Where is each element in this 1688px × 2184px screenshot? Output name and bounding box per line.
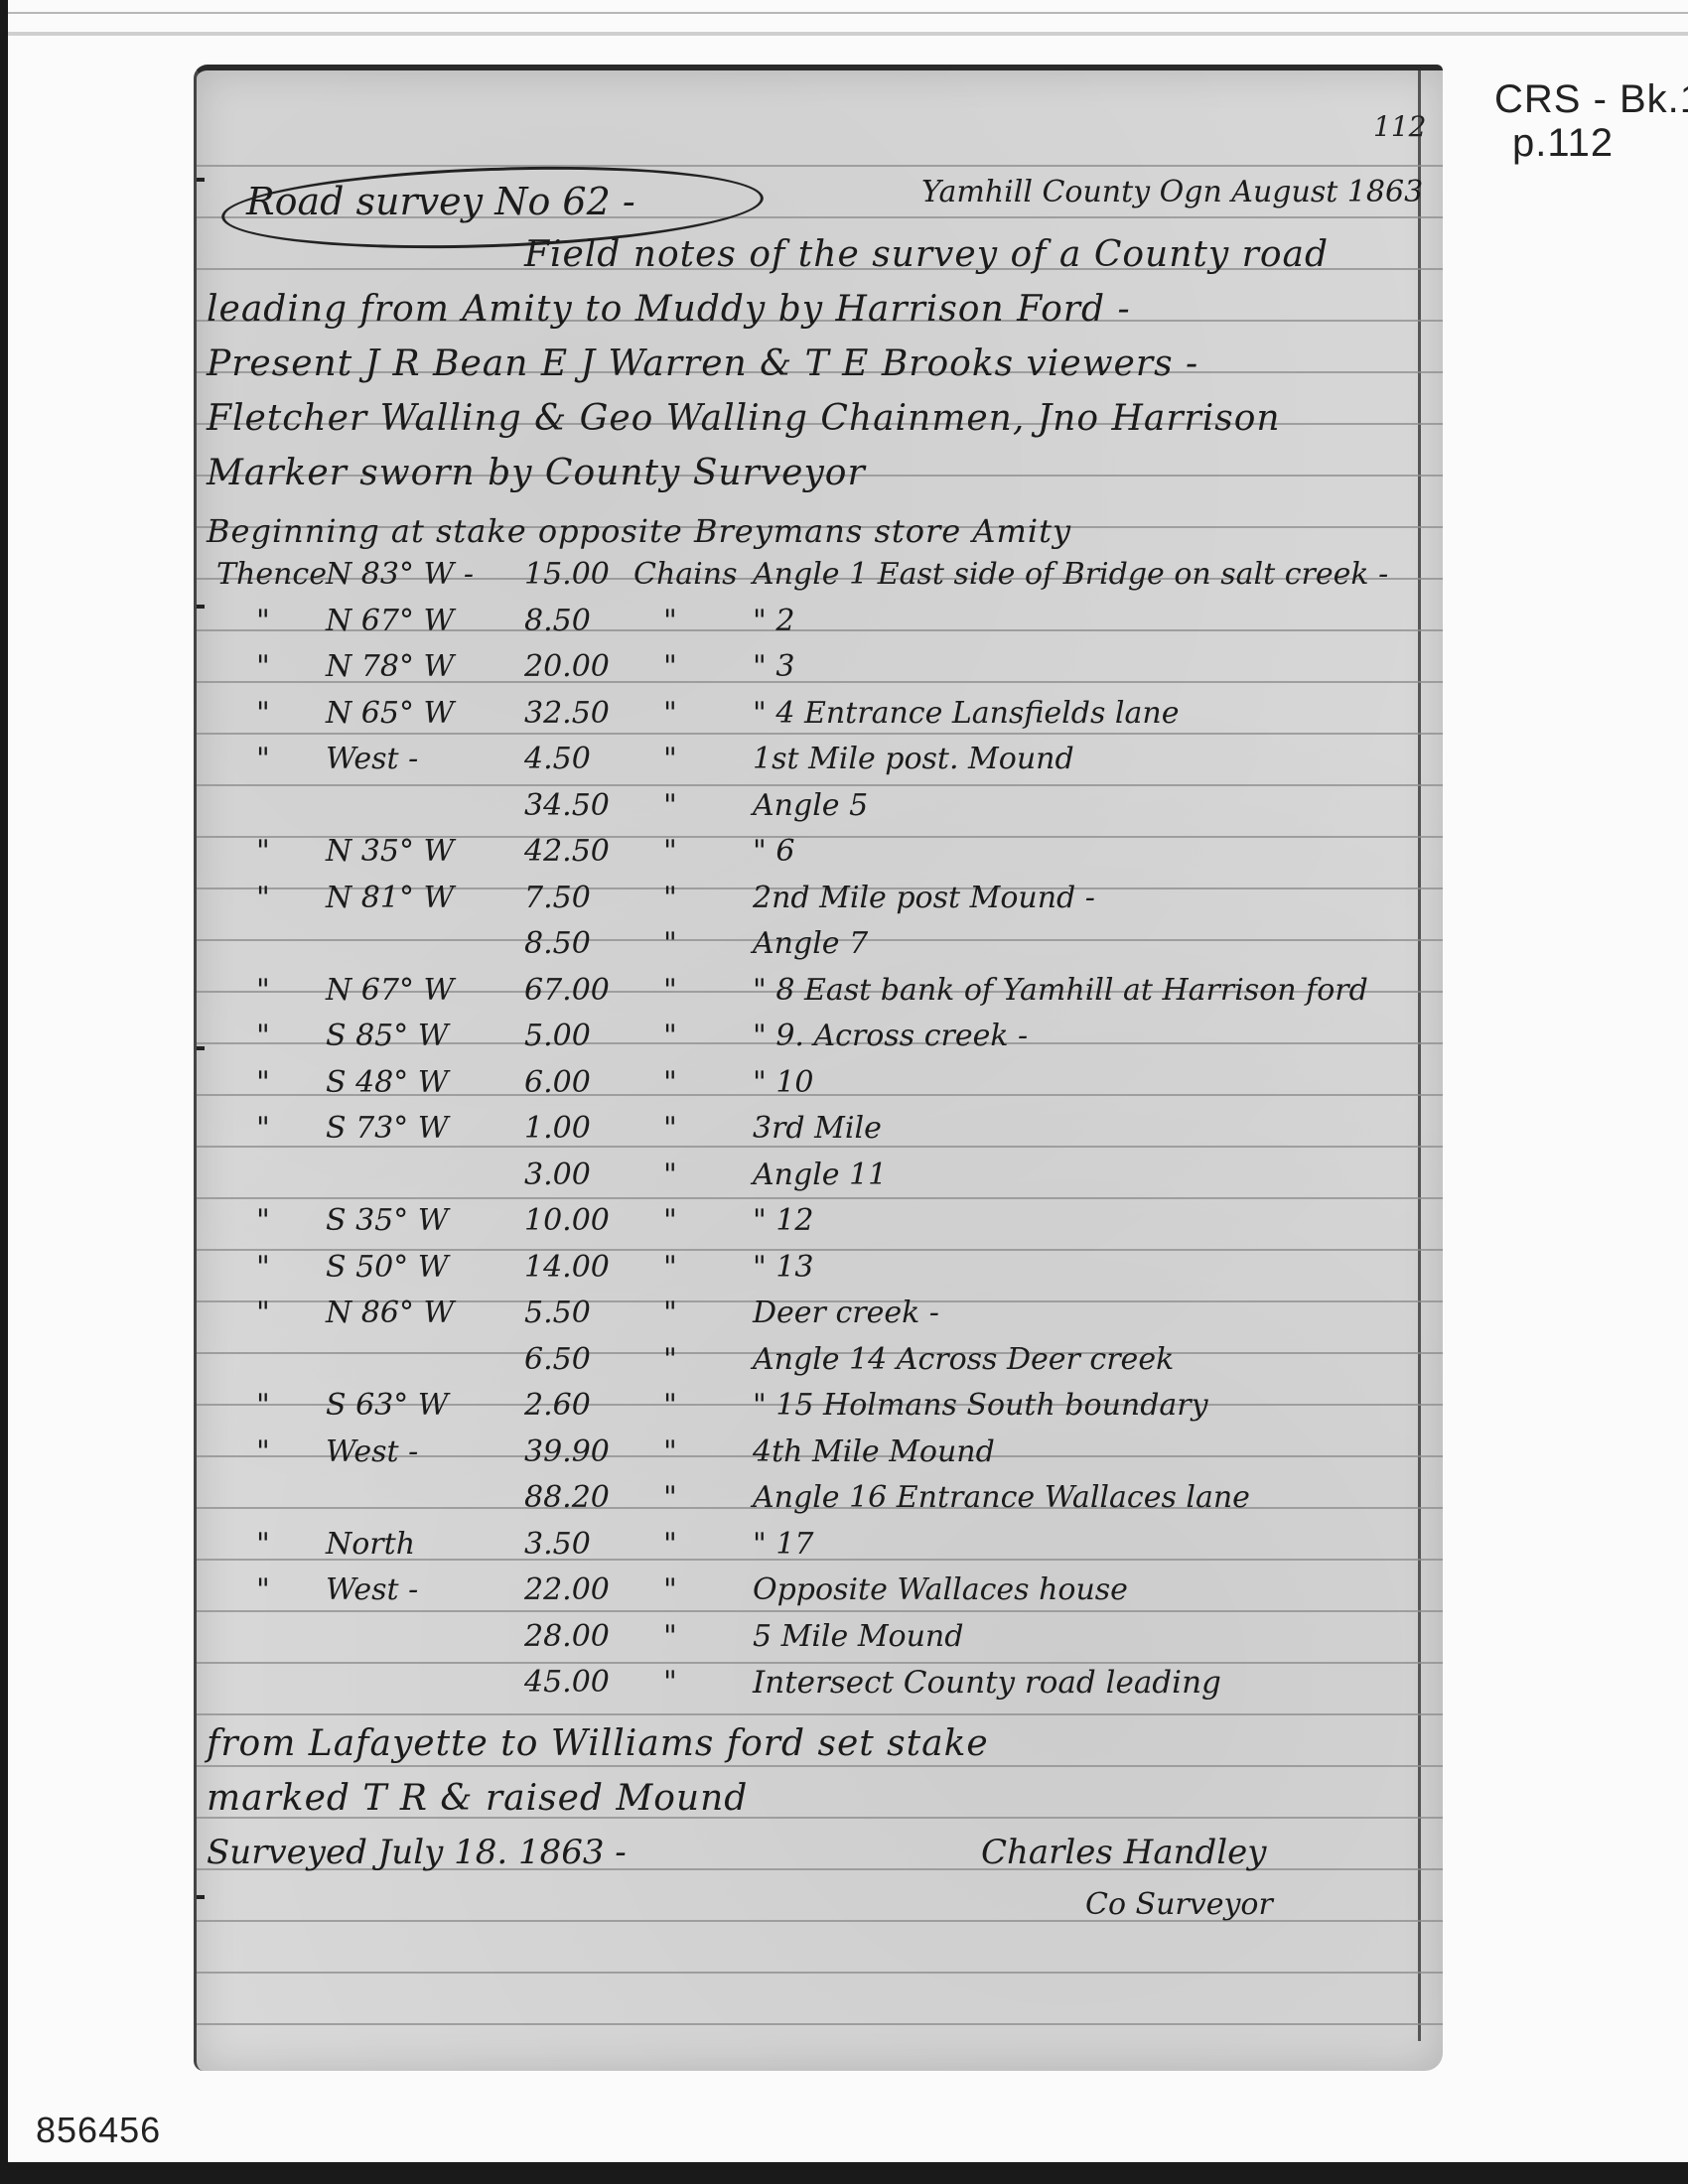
row-distance: 22.00 [524, 1572, 610, 1607]
row-note: 5 Mile Mound [753, 1619, 963, 1654]
survey-row: "S 73° W1.00"3rd Mile [197, 1111, 1418, 1151]
row-distance: 32.50 [524, 696, 610, 731]
row-bearing: North [326, 1527, 415, 1562]
row-lead: " [256, 973, 270, 1008]
survey-row: "North3.50"" 17 [197, 1527, 1418, 1567]
row-distance: 67.00 [524, 973, 610, 1008]
row-note: Angle 11 [753, 1158, 887, 1192]
row-note: 1st Mile post. Mound [753, 742, 1074, 776]
scan-bottom-edge [0, 2162, 1688, 2184]
row-unit: " [663, 1480, 677, 1515]
row-note: " 2 [753, 604, 794, 638]
row-distance: 6.50 [524, 1342, 591, 1377]
row-distance: 20.00 [524, 649, 610, 684]
row-bearing: West - [326, 742, 418, 776]
row-distance: 2.60 [524, 1388, 591, 1423]
margin-mark [195, 178, 205, 182]
survey-row: "West -39.90"4th Mile Mound [197, 1434, 1418, 1474]
row-distance: 5.00 [524, 1019, 591, 1053]
row-unit: " [663, 926, 677, 961]
row-distance: 39.90 [524, 1434, 610, 1469]
row-bearing: S 35° W [326, 1203, 449, 1238]
row-note: " 9. Across creek - [753, 1019, 1028, 1053]
scan-artifact-band [0, 32, 1688, 36]
row-note: " 4 Entrance Lansfields lane [753, 696, 1179, 731]
rule-line [197, 1662, 1443, 1664]
rule-line [197, 165, 1443, 167]
row-unit: " [663, 834, 677, 869]
survey-row: 8.50"Angle 7 [197, 926, 1418, 966]
row-bearing: N 81° W [326, 881, 454, 915]
row-distance: 3.00 [524, 1158, 591, 1192]
row-unit: " [663, 649, 677, 684]
surveyor-signature: Charles Handley [981, 1833, 1266, 1872]
row-unit: " [663, 1527, 677, 1562]
row-unit: " [663, 881, 677, 915]
row-unit: " [663, 973, 677, 1008]
row-unit: " [663, 1019, 677, 1053]
row-distance: 45.00 [524, 1665, 610, 1700]
row-unit: " [663, 742, 677, 776]
row-lead: " [256, 1065, 270, 1100]
row-lead: " [256, 604, 270, 638]
row-bearing: N 65° W [326, 696, 454, 731]
batch-number: 856456 [36, 2110, 161, 2151]
survey-row: "N 78° W20.00"" 3 [197, 649, 1418, 689]
row-unit: Chains [633, 557, 737, 592]
scan-artifact-line [0, 12, 1688, 14]
row-unit: " [663, 604, 677, 638]
row-bearing: West - [326, 1572, 418, 1607]
catalog-annotation: CRS - Bk.1 p.112 [1494, 77, 1688, 165]
survey-row: "N 67° W8.50"" 2 [197, 604, 1418, 643]
ledger-page: 112 Road survey No 62 - Yamhill County O… [194, 65, 1443, 2071]
row-note: Angle 7 [753, 926, 868, 961]
row-unit: " [663, 1572, 677, 1607]
row-note: 2nd Mile post Mound - [753, 881, 1095, 915]
row-note: Angle 16 Entrance Wallaces lane [753, 1480, 1250, 1515]
row-note: Deer creek - [753, 1296, 939, 1330]
surveyor-title: Co Surveyor [1085, 1887, 1273, 1922]
row-unit: " [663, 1065, 677, 1100]
row-lead: " [256, 1203, 270, 1238]
row-distance: 14.00 [524, 1250, 610, 1285]
row-bearing: N 67° W [326, 604, 454, 638]
row-lead: " [256, 649, 270, 684]
row-note: " 13 [753, 1250, 814, 1285]
page-number: 112 [1373, 110, 1426, 143]
surveyed-date: Surveyed July 18. 1863 - [207, 1833, 627, 1872]
survey-row: "S 63° W2.60"" 15 Holmans South boundary [197, 1388, 1418, 1428]
row-unit: " [663, 1619, 677, 1654]
row-bearing: S 85° W [326, 1019, 449, 1053]
row-bearing: N 86° W [326, 1296, 454, 1330]
survey-row: "N 81° W7.50"2nd Mile post Mound - [197, 881, 1418, 920]
intro-line: Field notes of the survey of a County ro… [524, 234, 1329, 275]
row-distance: 3.50 [524, 1527, 591, 1562]
row-lead: " [256, 1388, 270, 1423]
survey-title: Road survey No 62 - [246, 180, 635, 223]
row-unit: " [663, 1434, 677, 1469]
row-note: " 12 [753, 1203, 814, 1238]
intro-line: Present J R Bean E J Warren & T E Brooks… [207, 343, 1198, 384]
row-lead: " [256, 1527, 270, 1562]
margin-mark [195, 1046, 205, 1050]
row-lead: " [256, 834, 270, 869]
rule-line [197, 2023, 1443, 2025]
place-date: Yamhill County Ogn August 1863 [921, 175, 1423, 209]
row-distance: 4.50 [524, 742, 591, 776]
intro-line: Beginning at stake opposite Breymans sto… [207, 512, 1071, 550]
row-lead: " [256, 1296, 270, 1330]
rule-line [197, 1765, 1443, 1767]
row-bearing: S 50° W [326, 1250, 449, 1285]
catalog-page-ref: p.112 [1494, 121, 1688, 165]
margin-mark [195, 605, 205, 609]
row-lead: " [256, 1434, 270, 1469]
survey-row: ThenceN 83° W -15.00ChainsAngle 1 East s… [197, 557, 1418, 597]
row-unit: " [663, 1388, 677, 1423]
row-bearing: S 48° W [326, 1065, 449, 1100]
survey-row: 3.00"Angle 11 [197, 1158, 1418, 1197]
margin-mark [195, 1895, 205, 1899]
row-note: 4th Mile Mound [753, 1434, 995, 1469]
row-note: " 6 [753, 834, 794, 869]
row-distance: 42.50 [524, 834, 610, 869]
row-lead: " [256, 1111, 270, 1146]
row-distance: 5.50 [524, 1296, 591, 1330]
row-bearing: S 63° W [326, 1388, 449, 1423]
survey-row: "S 85° W5.00"" 9. Across creek - [197, 1019, 1418, 1058]
row-lead: Thence [216, 557, 327, 592]
row-unit: " [663, 1342, 677, 1377]
survey-row: 6.50"Angle 14 Across Deer creek [197, 1342, 1418, 1382]
closing-line: from Lafayette to Williams ford set stak… [207, 1723, 989, 1764]
survey-row: "N 67° W67.00"" 8 East bank of Yamhill a… [197, 973, 1418, 1013]
row-unit: " [663, 1111, 677, 1146]
intro-line: leading from Amity to Muddy by Harrison … [207, 289, 1131, 330]
row-bearing: West - [326, 1434, 418, 1469]
row-note: " 3 [753, 649, 794, 684]
row-bearing: N 83° W - [326, 557, 474, 592]
scan-left-edge [0, 0, 8, 2184]
survey-row: "West -4.50"1st Mile post. Mound [197, 742, 1418, 781]
survey-row: 34.50"Angle 5 [197, 788, 1418, 828]
row-distance: 34.50 [524, 788, 610, 823]
rule-line [197, 1972, 1443, 1974]
survey-row: 88.20"Angle 16 Entrance Wallaces lane [197, 1480, 1418, 1520]
row-distance: 1.00 [524, 1111, 591, 1146]
row-distance: 7.50 [524, 881, 591, 915]
row-distance: 10.00 [524, 1203, 610, 1238]
row-note: Intersect County road leading [753, 1665, 1221, 1701]
survey-row: "S 35° W10.00"" 12 [197, 1203, 1418, 1243]
row-unit: " [663, 788, 677, 823]
survey-row: "N 65° W32.50"" 4 Entrance Lansfields la… [197, 696, 1418, 736]
closing-line: marked T R & raised Mound [207, 1778, 748, 1819]
row-distance: 88.20 [524, 1480, 610, 1515]
row-note: 3rd Mile [753, 1111, 882, 1146]
row-note: " 15 Holmans South boundary [753, 1388, 1208, 1423]
row-lead: " [256, 1250, 270, 1285]
row-bearing: N 67° W [326, 973, 454, 1008]
margin-rule [1418, 70, 1421, 2041]
rule-line [197, 784, 1443, 786]
row-lead: " [256, 881, 270, 915]
row-note: Angle 14 Across Deer creek [753, 1342, 1174, 1377]
survey-row: "N 86° W5.50"Deer creek - [197, 1296, 1418, 1335]
survey-row: "S 48° W6.00"" 10 [197, 1065, 1418, 1105]
rule-line [197, 1713, 1443, 1715]
row-unit: " [663, 1665, 677, 1700]
row-note: Angle 5 [753, 788, 868, 823]
row-lead: " [256, 696, 270, 731]
row-distance: 8.50 [524, 926, 591, 961]
row-bearing: N 35° W [326, 834, 454, 869]
intro-line: Fletcher Walling & Geo Walling Chainmen,… [207, 398, 1281, 439]
survey-row: "West -22.00"Opposite Wallaces house [197, 1572, 1418, 1612]
row-bearing: S 73° W [326, 1111, 449, 1146]
survey-row: 28.00"5 Mile Mound [197, 1619, 1418, 1659]
row-note: " 10 [753, 1065, 814, 1100]
row-unit: " [663, 1158, 677, 1192]
row-note: Angle 1 East side of Bridge on salt cree… [753, 557, 1388, 592]
row-distance: 15.00 [524, 557, 610, 592]
row-unit: " [663, 1296, 677, 1330]
survey-row: "S 50° W14.00"" 13 [197, 1250, 1418, 1290]
row-lead: " [256, 742, 270, 776]
row-note: Opposite Wallaces house [753, 1572, 1128, 1607]
row-distance: 6.00 [524, 1065, 591, 1100]
rule-line [197, 1197, 1443, 1199]
row-distance: 28.00 [524, 1619, 610, 1654]
row-distance: 8.50 [524, 604, 591, 638]
survey-row: "N 35° W42.50"" 6 [197, 834, 1418, 874]
row-unit: " [663, 696, 677, 731]
row-bearing: N 78° W [326, 649, 454, 684]
row-unit: " [663, 1203, 677, 1238]
row-unit: " [663, 1250, 677, 1285]
survey-row: 45.00"Intersect County road leading [197, 1665, 1418, 1705]
row-lead: " [256, 1572, 270, 1607]
intro-line: Marker sworn by County Surveyor [207, 453, 866, 493]
catalog-book-ref: CRS - Bk.1 [1494, 77, 1688, 121]
row-note: " 8 East bank of Yamhill at Harrison for… [753, 973, 1368, 1008]
row-lead: " [256, 1019, 270, 1053]
row-note: " 17 [753, 1527, 814, 1562]
